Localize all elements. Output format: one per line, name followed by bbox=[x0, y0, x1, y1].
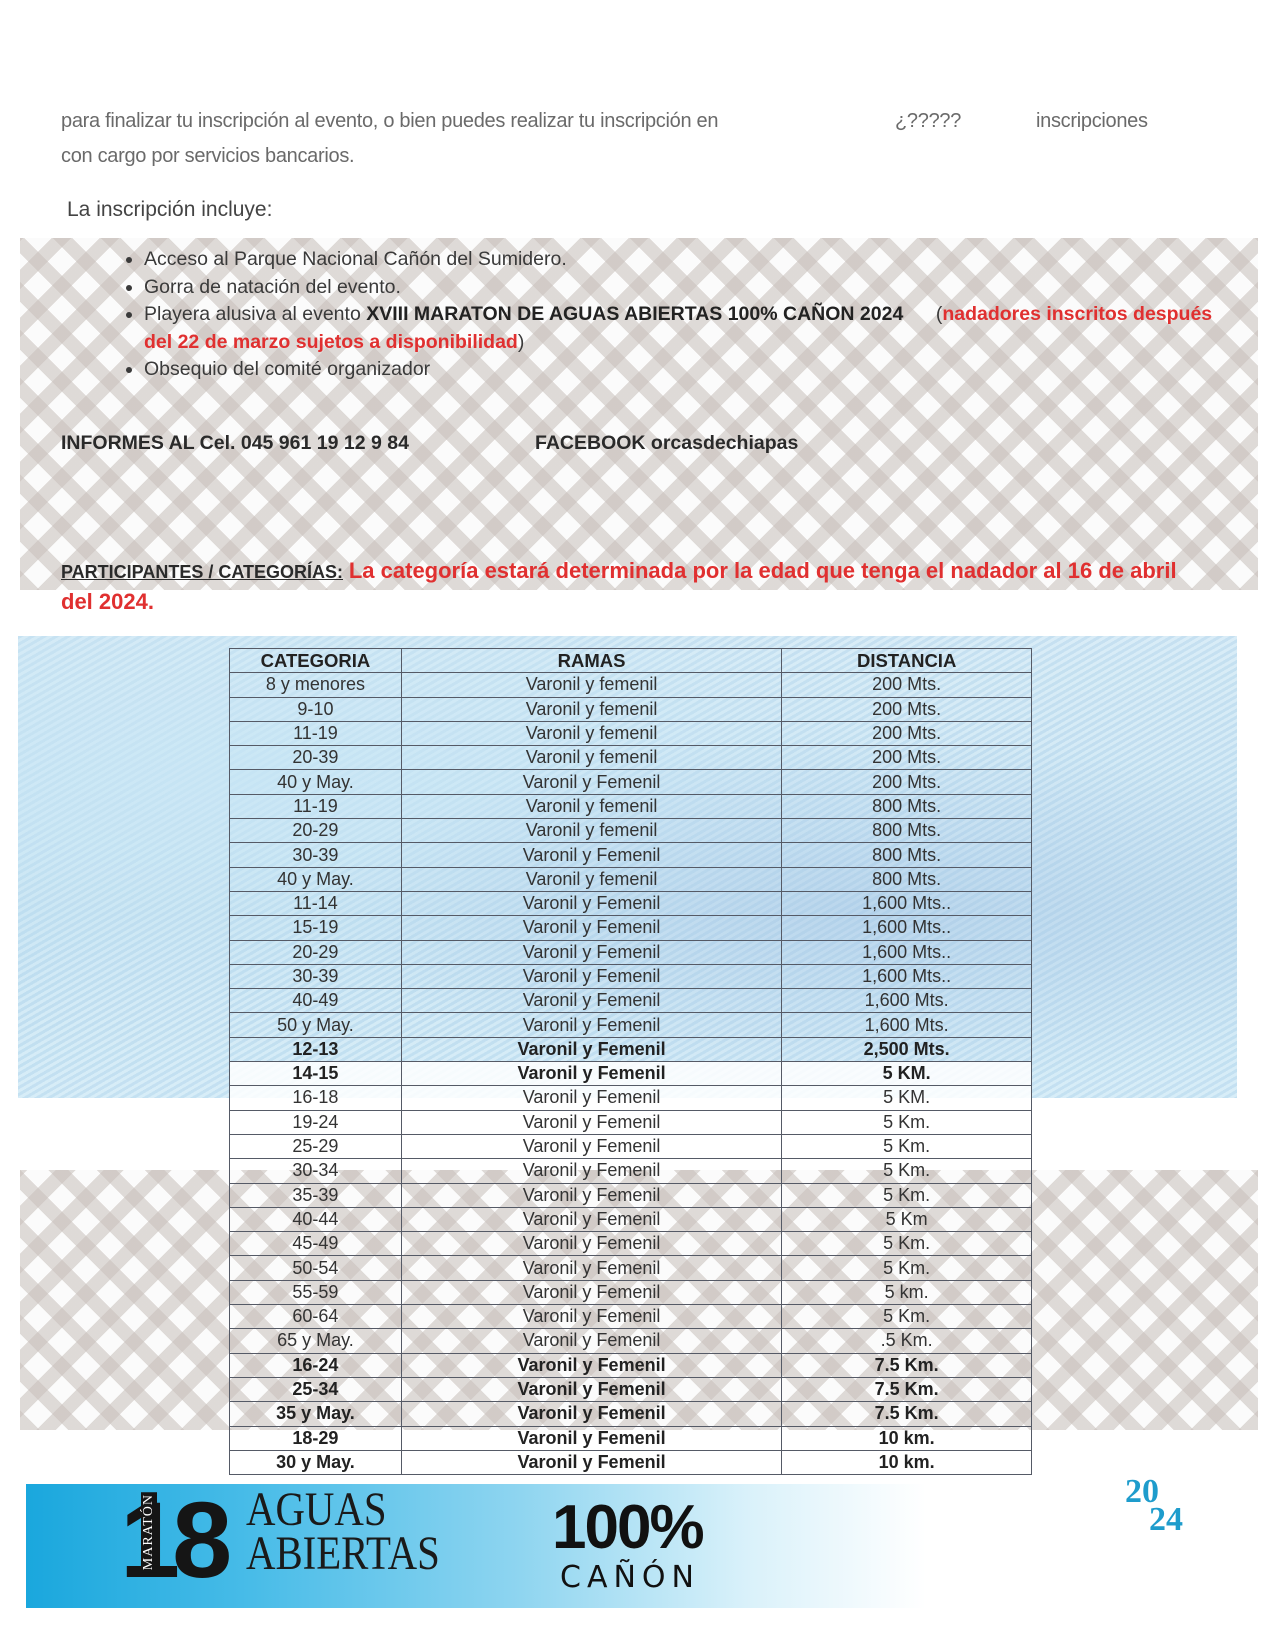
cell-distancia: 5 Km. bbox=[782, 1134, 1032, 1158]
cell-ramas: Varonil y femenil bbox=[401, 867, 781, 891]
cell-ramas: Varonil y Femenil bbox=[401, 916, 781, 940]
cell-distancia: 200 Mts. bbox=[782, 721, 1032, 745]
cell-categoria: 20-29 bbox=[230, 940, 402, 964]
cell-categoria: 50-54 bbox=[230, 1256, 402, 1280]
cell-categoria: 11-19 bbox=[230, 794, 402, 818]
cell-ramas: Varonil y Femenil bbox=[401, 770, 781, 794]
table-row: 12-13Varonil y Femenil2,500 Mts. bbox=[230, 1037, 1032, 1061]
cell-categoria: 11-14 bbox=[230, 891, 402, 915]
table-header-row: CATEGORIA RAMAS DISTANCIA bbox=[230, 649, 1032, 673]
cell-ramas: Varonil y Femenil bbox=[401, 1183, 781, 1207]
cell-distancia: 5 KM. bbox=[782, 1062, 1032, 1086]
table-body: 8 y menoresVaronil y femenil200 Mts.9-10… bbox=[230, 673, 1032, 1475]
table-row: 30-34Varonil y Femenil5 Km. bbox=[230, 1159, 1032, 1183]
cell-distancia: 7.5 Km. bbox=[782, 1377, 1032, 1401]
cell-ramas: Varonil y Femenil bbox=[401, 1159, 781, 1183]
cell-ramas: Varonil y femenil bbox=[401, 721, 781, 745]
cell-categoria: 35-39 bbox=[230, 1183, 402, 1207]
table-row: 20-29Varonil y Femenil1,600 Mts.. bbox=[230, 940, 1032, 964]
cell-ramas: Varonil y Femenil bbox=[401, 1110, 781, 1134]
cell-categoria: 65 y May. bbox=[230, 1329, 402, 1353]
cell-categoria: 15-19 bbox=[230, 916, 402, 940]
table-row: 25-29Varonil y Femenil5 Km. bbox=[230, 1134, 1032, 1158]
table-row: 55-59Varonil y Femenil5 km. bbox=[230, 1280, 1032, 1304]
cell-ramas: Varonil y Femenil bbox=[401, 1329, 781, 1353]
cell-distancia: 800 Mts. bbox=[782, 867, 1032, 891]
cell-distancia: 1,600 Mts.. bbox=[782, 916, 1032, 940]
cell-categoria: 8 y menores bbox=[230, 673, 402, 697]
header-categoria: CATEGORIA bbox=[230, 649, 402, 673]
cell-ramas: Varonil y Femenil bbox=[401, 1207, 781, 1231]
placeholder-marks: ¿????? bbox=[895, 104, 961, 139]
header-ramas: RAMAS bbox=[401, 649, 781, 673]
phone-contact: INFORMES AL Cel. 045 961 19 12 9 84 bbox=[61, 432, 409, 455]
includes-heading: La inscripción incluye: bbox=[67, 198, 272, 222]
intro-line2: con cargo por servicios bancarios. bbox=[61, 139, 1241, 174]
table-row: 40-44Varonil y Femenil5 Km bbox=[230, 1207, 1032, 1231]
cell-categoria: 40 y May. bbox=[230, 867, 402, 891]
year-logo: 20 24 bbox=[1125, 1478, 1183, 1534]
table-row: 65 y May.Varonil y Femenil.5 Km. bbox=[230, 1329, 1032, 1353]
year-bottom: 24 bbox=[1125, 1506, 1183, 1534]
cell-distancia: 10 km. bbox=[782, 1426, 1032, 1450]
canon-logo: CAÑÓN bbox=[560, 1560, 700, 1595]
cell-ramas: Varonil y femenil bbox=[401, 794, 781, 818]
cell-distancia: 1,600 Mts.. bbox=[782, 940, 1032, 964]
percent-logo: 100% bbox=[552, 1492, 703, 1563]
includes-list: Acceso al Parque Nacional Cañón del Sumi… bbox=[108, 246, 1244, 384]
table-row: 50-54Varonil y Femenil5 Km. bbox=[230, 1256, 1032, 1280]
table-row: 30-39Varonil y Femenil1,600 Mts.. bbox=[230, 964, 1032, 988]
cell-distancia: 5 Km. bbox=[782, 1256, 1032, 1280]
cell-categoria: 16-18 bbox=[230, 1086, 402, 1110]
cell-categoria: 11-19 bbox=[230, 721, 402, 745]
cell-ramas: Varonil y Femenil bbox=[401, 1062, 781, 1086]
intro-line1: para finalizar tu inscripción al evento,… bbox=[61, 110, 718, 132]
cell-categoria: 16-24 bbox=[230, 1353, 402, 1377]
cell-distancia: 7.5 Km. bbox=[782, 1353, 1032, 1377]
cell-distancia: 5 Km. bbox=[782, 1110, 1032, 1134]
cell-distancia: 10 km. bbox=[782, 1450, 1032, 1474]
table-row: 19-24Varonil y Femenil5 Km. bbox=[230, 1110, 1032, 1134]
table-row: 50 y May.Varonil y Femenil1,600 Mts. bbox=[230, 1013, 1032, 1037]
aguas-abiertas-logo: AGUAS ABIERTAS bbox=[246, 1488, 440, 1576]
cell-categoria: 55-59 bbox=[230, 1280, 402, 1304]
table-row: 11-14Varonil y Femenil1,600 Mts.. bbox=[230, 891, 1032, 915]
cell-distancia: 800 Mts. bbox=[782, 843, 1032, 867]
cell-ramas: Varonil y Femenil bbox=[401, 1037, 781, 1061]
table-row: 20-39Varonil y femenil200 Mts. bbox=[230, 746, 1032, 770]
cell-distancia: 5 Km bbox=[782, 1207, 1032, 1231]
cell-ramas: Varonil y femenil bbox=[401, 746, 781, 770]
list-item: Acceso al Parque Nacional Cañón del Sumi… bbox=[144, 246, 1244, 274]
table-row: 9-10Varonil y femenil200 Mts. bbox=[230, 697, 1032, 721]
item-text: Gorra de natación del evento. bbox=[144, 276, 401, 298]
list-item: Gorra de natación del evento. bbox=[144, 274, 1244, 302]
cell-distancia: 200 Mts. bbox=[782, 770, 1032, 794]
cell-categoria: 20-39 bbox=[230, 746, 402, 770]
intro-line1-end: inscripciones bbox=[1036, 104, 1148, 139]
cell-categoria: 14-15 bbox=[230, 1062, 402, 1086]
table-row: 11-19Varonil y femenil800 Mts. bbox=[230, 794, 1032, 818]
cell-distancia: 5 km. bbox=[782, 1280, 1032, 1304]
paren-close: ) bbox=[518, 331, 525, 353]
cell-categoria: 30-39 bbox=[230, 843, 402, 867]
table-row: 35 y May.Varonil y Femenil7.5 Km. bbox=[230, 1402, 1032, 1426]
cell-distancia: 200 Mts. bbox=[782, 697, 1032, 721]
table-row: 8 y menoresVaronil y femenil200 Mts. bbox=[230, 673, 1032, 697]
list-item: Obsequio del comité organizador bbox=[144, 356, 1244, 384]
table-row: 18-29Varonil y Femenil10 km. bbox=[230, 1426, 1032, 1450]
cell-distancia: .5 Km. bbox=[782, 1329, 1032, 1353]
cell-distancia: 1,600 Mts. bbox=[782, 989, 1032, 1013]
cell-ramas: Varonil y Femenil bbox=[401, 1426, 781, 1450]
participants-section: PARTICIPANTES / CATEGORÍAS: La categoría… bbox=[61, 556, 1211, 618]
cell-ramas: Varonil y Femenil bbox=[401, 1013, 781, 1037]
cell-distancia: 5 Km. bbox=[782, 1183, 1032, 1207]
cell-categoria: 45-49 bbox=[230, 1232, 402, 1256]
table-row: 45-49Varonil y Femenil5 Km. bbox=[230, 1232, 1032, 1256]
table-row: 11-19Varonil y femenil200 Mts. bbox=[230, 721, 1032, 745]
cell-ramas: Varonil y Femenil bbox=[401, 1377, 781, 1401]
table-row: 30-39Varonil y Femenil800 Mts. bbox=[230, 843, 1032, 867]
table-row: 20-29Varonil y femenil800 Mts. bbox=[230, 819, 1032, 843]
table-row: 60-64Varonil y Femenil5 Km. bbox=[230, 1305, 1032, 1329]
table-row: 40 y May.Varonil y Femenil200 Mts. bbox=[230, 770, 1032, 794]
item-text: Acceso al Parque Nacional Cañón del Sumi… bbox=[144, 248, 567, 270]
cell-ramas: Varonil y Femenil bbox=[401, 1280, 781, 1304]
cell-ramas: Varonil y Femenil bbox=[401, 1402, 781, 1426]
cell-ramas: Varonil y Femenil bbox=[401, 1353, 781, 1377]
cell-distancia: 1,600 Mts.. bbox=[782, 891, 1032, 915]
item-text: Playera alusiva al evento bbox=[144, 303, 366, 325]
table-row: 15-19Varonil y Femenil1,600 Mts.. bbox=[230, 916, 1032, 940]
cell-categoria: 30-39 bbox=[230, 964, 402, 988]
cell-ramas: Varonil y Femenil bbox=[401, 891, 781, 915]
cell-ramas: Varonil y Femenil bbox=[401, 940, 781, 964]
item-text: Obsequio del comité organizador bbox=[144, 358, 430, 380]
cell-distancia: 5 Km. bbox=[782, 1232, 1032, 1256]
cell-categoria: 50 y May. bbox=[230, 1013, 402, 1037]
cell-distancia: 200 Mts. bbox=[782, 746, 1032, 770]
cell-categoria: 18-29 bbox=[230, 1426, 402, 1450]
cell-distancia: 800 Mts. bbox=[782, 819, 1032, 843]
cell-categoria: 12-13 bbox=[230, 1037, 402, 1061]
table-row: 16-18Varonil y Femenil5 KM. bbox=[230, 1086, 1032, 1110]
list-item: Playera alusiva al evento XVIII MARATON … bbox=[144, 301, 1244, 356]
cell-ramas: Varonil y femenil bbox=[401, 819, 781, 843]
cell-categoria: 30-34 bbox=[230, 1159, 402, 1183]
cell-distancia: 2,500 Mts. bbox=[782, 1037, 1032, 1061]
event-name: XVIII MARATON DE AGUAS ABIERTAS 100% CAÑ… bbox=[366, 303, 903, 325]
cell-categoria: 19-24 bbox=[230, 1110, 402, 1134]
logo-line1: AGUAS bbox=[246, 1488, 440, 1532]
cell-distancia: 800 Mts. bbox=[782, 794, 1032, 818]
cell-ramas: Varonil y Femenil bbox=[401, 1450, 781, 1474]
cell-ramas: Varonil y Femenil bbox=[401, 964, 781, 988]
cell-ramas: Varonil y femenil bbox=[401, 697, 781, 721]
cell-categoria: 40-49 bbox=[230, 989, 402, 1013]
maraton-vertical-label: MARATÓN bbox=[141, 1492, 157, 1572]
cell-ramas: Varonil y Femenil bbox=[401, 1256, 781, 1280]
cell-categoria: 25-34 bbox=[230, 1377, 402, 1401]
facebook-contact: FACEBOOK orcasdechiapas bbox=[535, 432, 798, 455]
table-row: 30 y May.Varonil y Femenil10 km. bbox=[230, 1450, 1032, 1474]
header-distancia: DISTANCIA bbox=[782, 649, 1032, 673]
edition-number: 18 bbox=[120, 1486, 224, 1594]
cell-categoria: 60-64 bbox=[230, 1305, 402, 1329]
cell-ramas: Varonil y Femenil bbox=[401, 1086, 781, 1110]
table-row: 16-24Varonil y Femenil7.5 Km. bbox=[230, 1353, 1032, 1377]
table-row: 40-49Varonil y Femenil1,600 Mts. bbox=[230, 989, 1032, 1013]
cell-ramas: Varonil y Femenil bbox=[401, 843, 781, 867]
paren-open: ( bbox=[903, 303, 942, 325]
cell-distancia: 7.5 Km. bbox=[782, 1402, 1032, 1426]
cell-ramas: Varonil y Femenil bbox=[401, 1305, 781, 1329]
cell-ramas: Varonil y Femenil bbox=[401, 1134, 781, 1158]
cell-distancia: 1,600 Mts.. bbox=[782, 964, 1032, 988]
cell-categoria: 25-29 bbox=[230, 1134, 402, 1158]
table-row: 14-15Varonil y Femenil5 KM. bbox=[230, 1062, 1032, 1086]
cell-distancia: 5 Km. bbox=[782, 1305, 1032, 1329]
cell-distancia: 5 KM. bbox=[782, 1086, 1032, 1110]
cell-categoria: 40 y May. bbox=[230, 770, 402, 794]
cell-distancia: 200 Mts. bbox=[782, 673, 1032, 697]
cell-categoria: 40-44 bbox=[230, 1207, 402, 1231]
table-row: 40 y May.Varonil y femenil800 Mts. bbox=[230, 867, 1032, 891]
logo-line2: ABIERTAS bbox=[246, 1532, 440, 1576]
participants-label: PARTICIPANTES / CATEGORÍAS: bbox=[61, 562, 343, 582]
categories-table: CATEGORIA RAMAS DISTANCIA 8 y menoresVar… bbox=[229, 648, 1032, 1475]
cell-distancia: 5 Km. bbox=[782, 1159, 1032, 1183]
cell-ramas: Varonil y Femenil bbox=[401, 1232, 781, 1256]
cell-categoria: 30 y May. bbox=[230, 1450, 402, 1474]
table-row: 25-34Varonil y Femenil7.5 Km. bbox=[230, 1377, 1032, 1401]
cell-categoria: 9-10 bbox=[230, 697, 402, 721]
registration-intro: para finalizar tu inscripción al evento,… bbox=[61, 104, 1241, 174]
table-row: 35-39Varonil y Femenil5 Km. bbox=[230, 1183, 1032, 1207]
cell-distancia: 1,600 Mts. bbox=[782, 1013, 1032, 1037]
cell-ramas: Varonil y Femenil bbox=[401, 989, 781, 1013]
cell-categoria: 35 y May. bbox=[230, 1402, 402, 1426]
cell-categoria: 20-29 bbox=[230, 819, 402, 843]
cell-ramas: Varonil y femenil bbox=[401, 673, 781, 697]
